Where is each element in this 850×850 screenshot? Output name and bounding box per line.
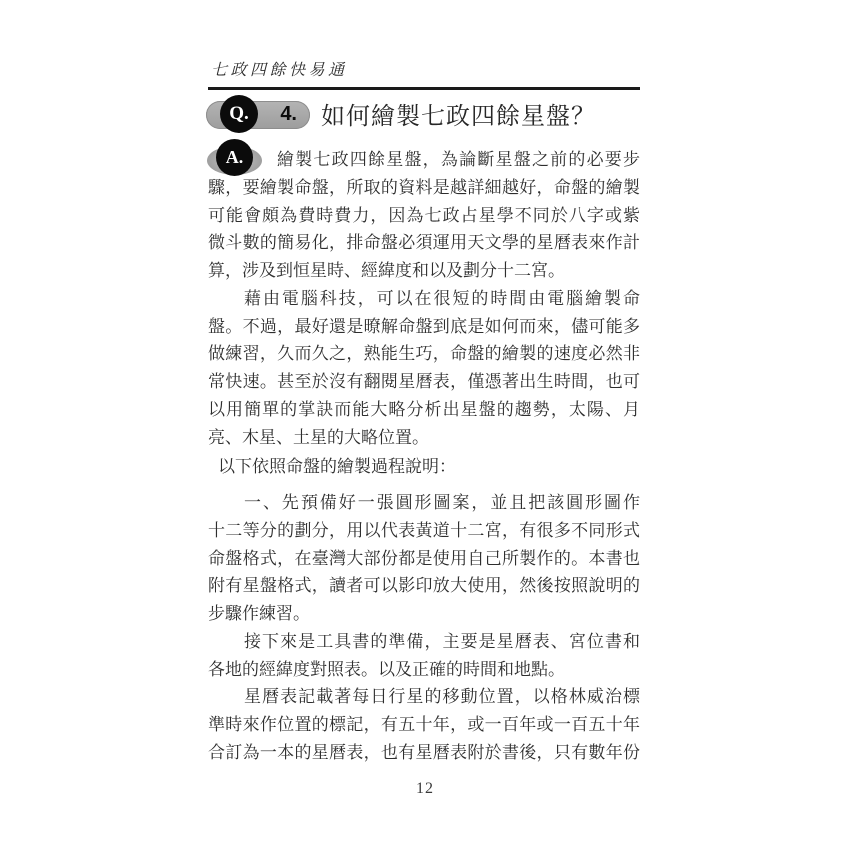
question-title: 如何繪製七政四餘星盤？ xyxy=(321,96,596,131)
text-line: 附有星盤格式，讀者可以影印放大使用，然後按照說明的 xyxy=(208,572,640,600)
header-rule xyxy=(208,87,640,90)
text-line: 十二等分的劃分，用以代表黃道十二宮，有很多不同形式 xyxy=(208,517,640,545)
text-line: 合訂為一本的星曆表，也有星曆表附於書後，只有數年份 xyxy=(208,739,640,767)
book-page: 七政四餘快易通 Q. 4. 如何繪製七政四餘星盤？ A. 繪製七政四餘星盤，為論… xyxy=(0,0,850,850)
running-header: 七政四餘快易通 xyxy=(211,57,348,80)
text-line: 微斗數的簡易化，排命盤必須運用天文學的星曆表來作計 xyxy=(208,229,640,257)
text-line: 常快速。甚至於沒有翻閱星曆表，僅憑著出生時間，也可 xyxy=(208,368,640,396)
text-line: 可能會頗為費時費力，因為七政占星學不同於八字或紫 xyxy=(208,202,640,230)
text-line: 亮、木星、土星的大略位置。 xyxy=(208,424,640,452)
text-line: 算，涉及到恒星時、經緯度和以及劃分十二宮。 xyxy=(208,257,640,285)
text-line: 繪製七政四餘星盤，為論斷星盤之前的必要步 xyxy=(208,146,640,174)
text-line: 步驟作練習。 xyxy=(208,600,640,628)
text-line: 一、先預備好一張圓形圖案，並且把該圓形圖作 xyxy=(208,489,640,517)
text-line: 命盤格式，在臺灣大部份都是使用自己所製作的。本書也 xyxy=(208,545,640,573)
text-line: 以用簡單的掌訣而能大略分析出星盤的趨勢，太陽、月 xyxy=(208,396,640,424)
answer-body: 繪製七政四餘星盤，為論斷星盤之前的必要步驟，要繪製命盤，所取的資料是越詳細越好，… xyxy=(208,146,640,767)
text-line: 藉由電腦科技，可以在很短的時間由電腦繪製命 xyxy=(208,285,640,313)
text-line: 盤。不過，最好還是暸解命盤到底是如何而來，儘可能多 xyxy=(208,313,640,341)
q-badge-label: Q. xyxy=(229,103,249,125)
page-number: 12 xyxy=(0,780,850,798)
text-line: 驟，要繪製命盤，所取的資料是越詳細越好，命盤的繪製 xyxy=(208,174,640,202)
text-line: 準時來作位置的標記，有五十年，或一百年或一百五十年 xyxy=(208,711,640,739)
q-badge-icon: Q. xyxy=(220,95,258,133)
question-number: 4. xyxy=(280,103,297,126)
text-line: 做練習，久而久之，熟能生巧，命盤的繪製的速度必然非 xyxy=(208,340,640,368)
text-line: 星曆表記載著每日行星的移動位置，以格林威治標 xyxy=(208,683,640,711)
text-line: 以下依照命盤的繪製過程說明： xyxy=(208,453,640,481)
question-number-pill: Q. 4. xyxy=(206,101,310,129)
text-line: 接下來是工具書的準備，主要是星曆表、宮位書和 xyxy=(208,628,640,656)
text-line: 各地的經緯度對照表。以及正確的時間和地點。 xyxy=(208,656,640,684)
